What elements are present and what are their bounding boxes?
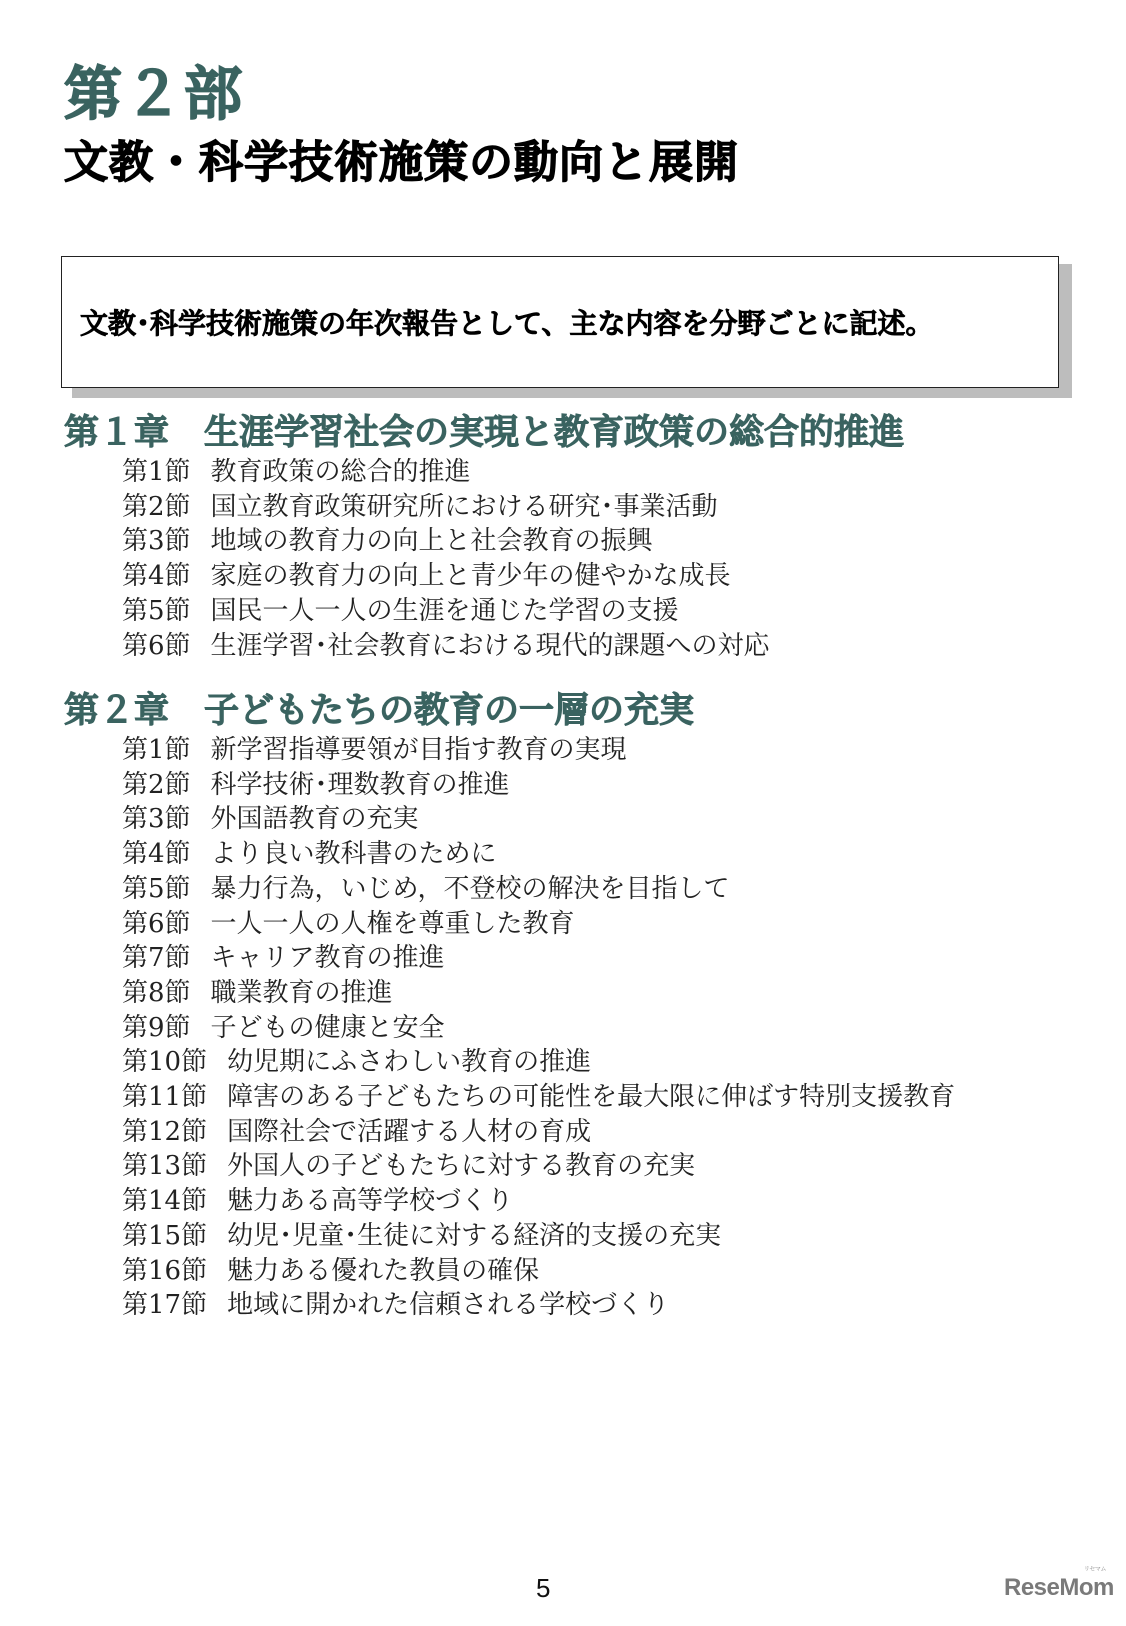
section-number: 第4節 bbox=[122, 559, 191, 594]
section-title: 地域の教育力の向上と社会教育の振興 bbox=[211, 526, 653, 556]
section-number: 第1節 bbox=[122, 733, 191, 768]
section-number: 第5節 bbox=[122, 872, 191, 907]
section-item: 第17節地域に開かれた信頼される学校づくり bbox=[64, 1288, 955, 1323]
section-item: 第6節一人一人の人権を尊重した教育 bbox=[64, 907, 955, 942]
section-item: 第10節幼児期にふさわしい教育の推進 bbox=[64, 1045, 955, 1080]
section-title: 魅力ある優れた教員の確保 bbox=[227, 1256, 539, 1286]
section-number: 第13節 bbox=[122, 1149, 207, 1184]
watermark-text: ReseMom bbox=[1004, 1574, 1114, 1601]
section-title: キャリア教育の推進 bbox=[211, 943, 445, 973]
watermark-ruby: リセマム bbox=[1084, 1564, 1106, 1573]
watermark-logo: ReseMom リセマム bbox=[1004, 1574, 1114, 1602]
part-subtitle: 文教・科学技術施策の動向と展開 bbox=[64, 136, 739, 190]
section-number: 第14節 bbox=[122, 1184, 207, 1219]
section-number: 第3節 bbox=[122, 524, 191, 559]
section-title: 地域に開かれた信頼される学校づくり bbox=[227, 1290, 669, 1320]
section-item: 第11節障害のある子どもたちの可能性を最大限に伸ばす特別支援教育 bbox=[64, 1080, 955, 1115]
section-item: 第3節外国語教育の充実 bbox=[64, 802, 955, 837]
section-title: 障害のある子どもたちの可能性を最大限に伸ばす特別支援教育 bbox=[227, 1082, 955, 1112]
section-title: 国民一人一人の生涯を通じた学習の支援 bbox=[211, 596, 679, 626]
section-title: 家庭の教育力の向上と青少年の健やかな成長 bbox=[211, 561, 731, 591]
section-title: 一人一人の人権を尊重した教育 bbox=[211, 909, 575, 939]
section-item: 第9節子どもの健康と安全 bbox=[64, 1011, 955, 1046]
page-number: 5 bbox=[536, 1573, 550, 1604]
section-number: 第4節 bbox=[122, 837, 191, 872]
section-item: 第16節魅力ある優れた教員の確保 bbox=[64, 1254, 955, 1289]
section-title: 暴力行為，いじめ，不登校の解決を目指して bbox=[211, 874, 730, 904]
section-title: 外国語教育の充実 bbox=[211, 804, 419, 834]
section-number: 第16節 bbox=[122, 1254, 207, 1289]
section-title: 魅力ある高等学校づくり bbox=[227, 1186, 513, 1216]
section-item: 第5節国民一人一人の生涯を通じた学習の支援 bbox=[64, 594, 904, 629]
section-item: 第14節魅力ある高等学校づくり bbox=[64, 1184, 955, 1219]
section-number: 第6節 bbox=[122, 629, 191, 664]
chapter-title: 第２章 子どもたちの教育の一層の充実 bbox=[64, 689, 955, 733]
section-number: 第10節 bbox=[122, 1045, 207, 1080]
section-list: 第1節新学習指導要領が目指す教育の実現 第2節科学技術･理数教育の推進 第3節外… bbox=[64, 733, 955, 1323]
section-number: 第11節 bbox=[122, 1080, 207, 1115]
section-title: 生涯学習･社会教育における現代的課題への対応 bbox=[211, 631, 770, 661]
section-title: 幼児･児童･生徒に対する経済的支援の充実 bbox=[227, 1221, 721, 1251]
chapter-1: 第１章 生涯学習社会の実現と教育政策の総合的推進 第1節教育政策の総合的推進 第… bbox=[64, 411, 904, 663]
chapter-title: 第１章 生涯学習社会の実現と教育政策の総合的推進 bbox=[64, 411, 904, 455]
section-item: 第13節外国人の子どもたちに対する教育の充実 bbox=[64, 1149, 955, 1184]
section-item: 第12節国際社会で活躍する人材の育成 bbox=[64, 1115, 955, 1150]
section-item: 第5節暴力行為，いじめ，不登校の解決を目指して bbox=[64, 872, 955, 907]
part-title: 第２部 bbox=[64, 62, 244, 128]
section-item: 第4節家庭の教育力の向上と青少年の健やかな成長 bbox=[64, 559, 904, 594]
section-number: 第12節 bbox=[122, 1115, 207, 1150]
section-item: 第2節科学技術･理数教育の推進 bbox=[64, 768, 955, 803]
section-item: 第6節生涯学習･社会教育における現代的課題への対応 bbox=[64, 629, 904, 664]
section-number: 第6節 bbox=[122, 907, 191, 942]
section-title: より良い教科書のために bbox=[211, 839, 497, 869]
section-title: 新学習指導要領が目指す教育の実現 bbox=[211, 735, 627, 765]
section-item: 第1節教育政策の総合的推進 bbox=[64, 455, 904, 490]
section-title: 外国人の子どもたちに対する教育の充実 bbox=[227, 1151, 695, 1181]
section-item: 第2節国立教育政策研究所における研究･事業活動 bbox=[64, 490, 904, 525]
section-item: 第8節職業教育の推進 bbox=[64, 976, 955, 1011]
section-number: 第2節 bbox=[122, 490, 191, 525]
section-item: 第15節幼児･児童･生徒に対する経済的支援の充実 bbox=[64, 1219, 955, 1254]
chapter-2: 第２章 子どもたちの教育の一層の充実 第1節新学習指導要領が目指す教育の実現 第… bbox=[64, 689, 955, 1323]
section-item: 第1節新学習指導要領が目指す教育の実現 bbox=[64, 733, 955, 768]
section-title: 国際社会で活躍する人材の育成 bbox=[227, 1117, 591, 1147]
section-number: 第15節 bbox=[122, 1219, 207, 1254]
section-number: 第8節 bbox=[122, 976, 191, 1011]
section-number: 第9節 bbox=[122, 1011, 191, 1046]
section-title: 幼児期にふさわしい教育の推進 bbox=[227, 1047, 591, 1077]
summary-text: 文教･科学技術施策の年次報告として、主な内容を分野ごとに記述。 bbox=[80, 302, 933, 342]
section-item: 第7節キャリア教育の推進 bbox=[64, 941, 955, 976]
section-list: 第1節教育政策の総合的推進 第2節国立教育政策研究所における研究･事業活動 第3… bbox=[64, 455, 904, 663]
section-number: 第3節 bbox=[122, 802, 191, 837]
section-title: 国立教育政策研究所における研究･事業活動 bbox=[211, 492, 718, 522]
section-number: 第7節 bbox=[122, 941, 191, 976]
summary-box: 文教･科学技術施策の年次報告として、主な内容を分野ごとに記述。 bbox=[61, 256, 1059, 388]
section-number: 第17節 bbox=[122, 1288, 207, 1323]
section-number: 第5節 bbox=[122, 594, 191, 629]
section-title: 科学技術･理数教育の推進 bbox=[211, 770, 510, 800]
section-title: 子どもの健康と安全 bbox=[211, 1013, 445, 1043]
section-item: 第3節地域の教育力の向上と社会教育の振興 bbox=[64, 524, 904, 559]
section-title: 職業教育の推進 bbox=[211, 978, 393, 1008]
section-number: 第2節 bbox=[122, 768, 191, 803]
section-title: 教育政策の総合的推進 bbox=[211, 457, 471, 487]
section-number: 第1節 bbox=[122, 455, 191, 490]
section-item: 第4節より良い教科書のために bbox=[64, 837, 955, 872]
